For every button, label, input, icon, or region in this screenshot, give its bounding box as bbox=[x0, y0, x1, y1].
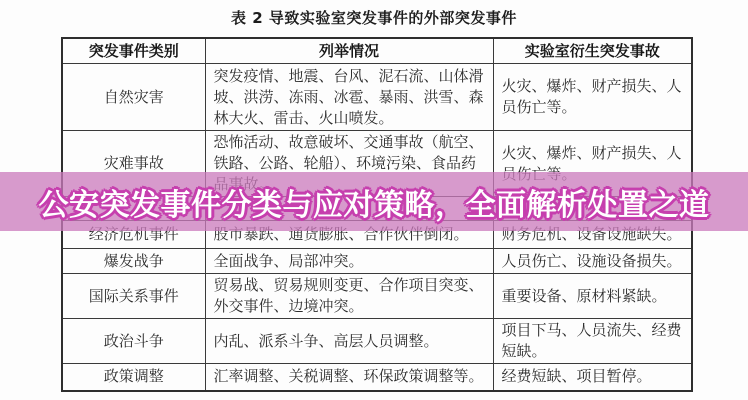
table-row: 国际关系事件 贸易战、贸易规则变更、合作项目突变、外交事件、边境冲突。 重要设备… bbox=[62, 274, 692, 319]
col-header-derived: 实验室衍生突发事故 bbox=[493, 38, 692, 64]
category-cell: 国际关系事件 bbox=[62, 274, 205, 319]
category-cell: 自然灾害 bbox=[62, 64, 205, 131]
headline-banner: 公安突发事件分类与应对策略，全面解析处置之道 bbox=[0, 172, 748, 231]
situations-cell: 贸易战、贸易规则变更、合作项目突变、外交事件、边境冲突。 bbox=[205, 274, 493, 319]
table-title: 表 2 导致实验室突发事件的外部突发事件 bbox=[0, 7, 748, 28]
col-header-category: 突发事件类别 bbox=[62, 38, 205, 64]
table-row: 自然灾害 突发疫情、地震、台风、泥石流、山体滑坡、洪涝、冻雨、冰雹、暴雨、洪雪、… bbox=[62, 64, 692, 131]
derived-cell: 重要设备、原材料紧缺。 bbox=[493, 274, 692, 319]
derived-cell: 人员伤亡、设施设备损失。 bbox=[493, 249, 692, 274]
situations-cell: 内乱、派系斗争、高层人员调整。 bbox=[205, 319, 493, 364]
category-cell: 爆发战争 bbox=[62, 249, 205, 274]
derived-cell: 火灾、爆炸、财产损失、人员伤亡等。 bbox=[493, 64, 692, 131]
derived-cell: 经费短缺、项目暂停。 bbox=[493, 364, 692, 391]
derived-cell: 项目下马、人员流失、经费短缺。 bbox=[493, 319, 692, 364]
situations-cell: 突发疫情、地震、台风、泥石流、山体滑坡、洪涝、冻雨、冰雹、暴雨、洪雪、森林大火、… bbox=[205, 64, 493, 131]
table-header-row: 突发事件类别 列举情况 实验室衍生突发事故 bbox=[62, 38, 692, 64]
table-row: 政策调整 汇率调整、关税调整、环保政策调整等。 经费短缺、项目暂停。 bbox=[62, 364, 692, 391]
headline-text: 公安突发事件分类与应对策略，全面解析处置之道 bbox=[39, 180, 710, 224]
situations-cell: 汇率调整、关税调整、环保政策调整等。 bbox=[205, 364, 493, 391]
col-header-situations: 列举情况 bbox=[205, 38, 493, 64]
table-row: 政治斗争 内乱、派系斗争、高层人员调整。 项目下马、人员流失、经费短缺。 bbox=[62, 319, 692, 364]
situations-cell: 全面战争、局部冲突。 bbox=[205, 249, 493, 274]
category-cell: 政治斗争 bbox=[62, 319, 205, 364]
category-cell: 政策调整 bbox=[62, 364, 205, 391]
table-row: 爆发战争 全面战争、局部冲突。 人员伤亡、设施设备损失。 bbox=[62, 249, 692, 274]
